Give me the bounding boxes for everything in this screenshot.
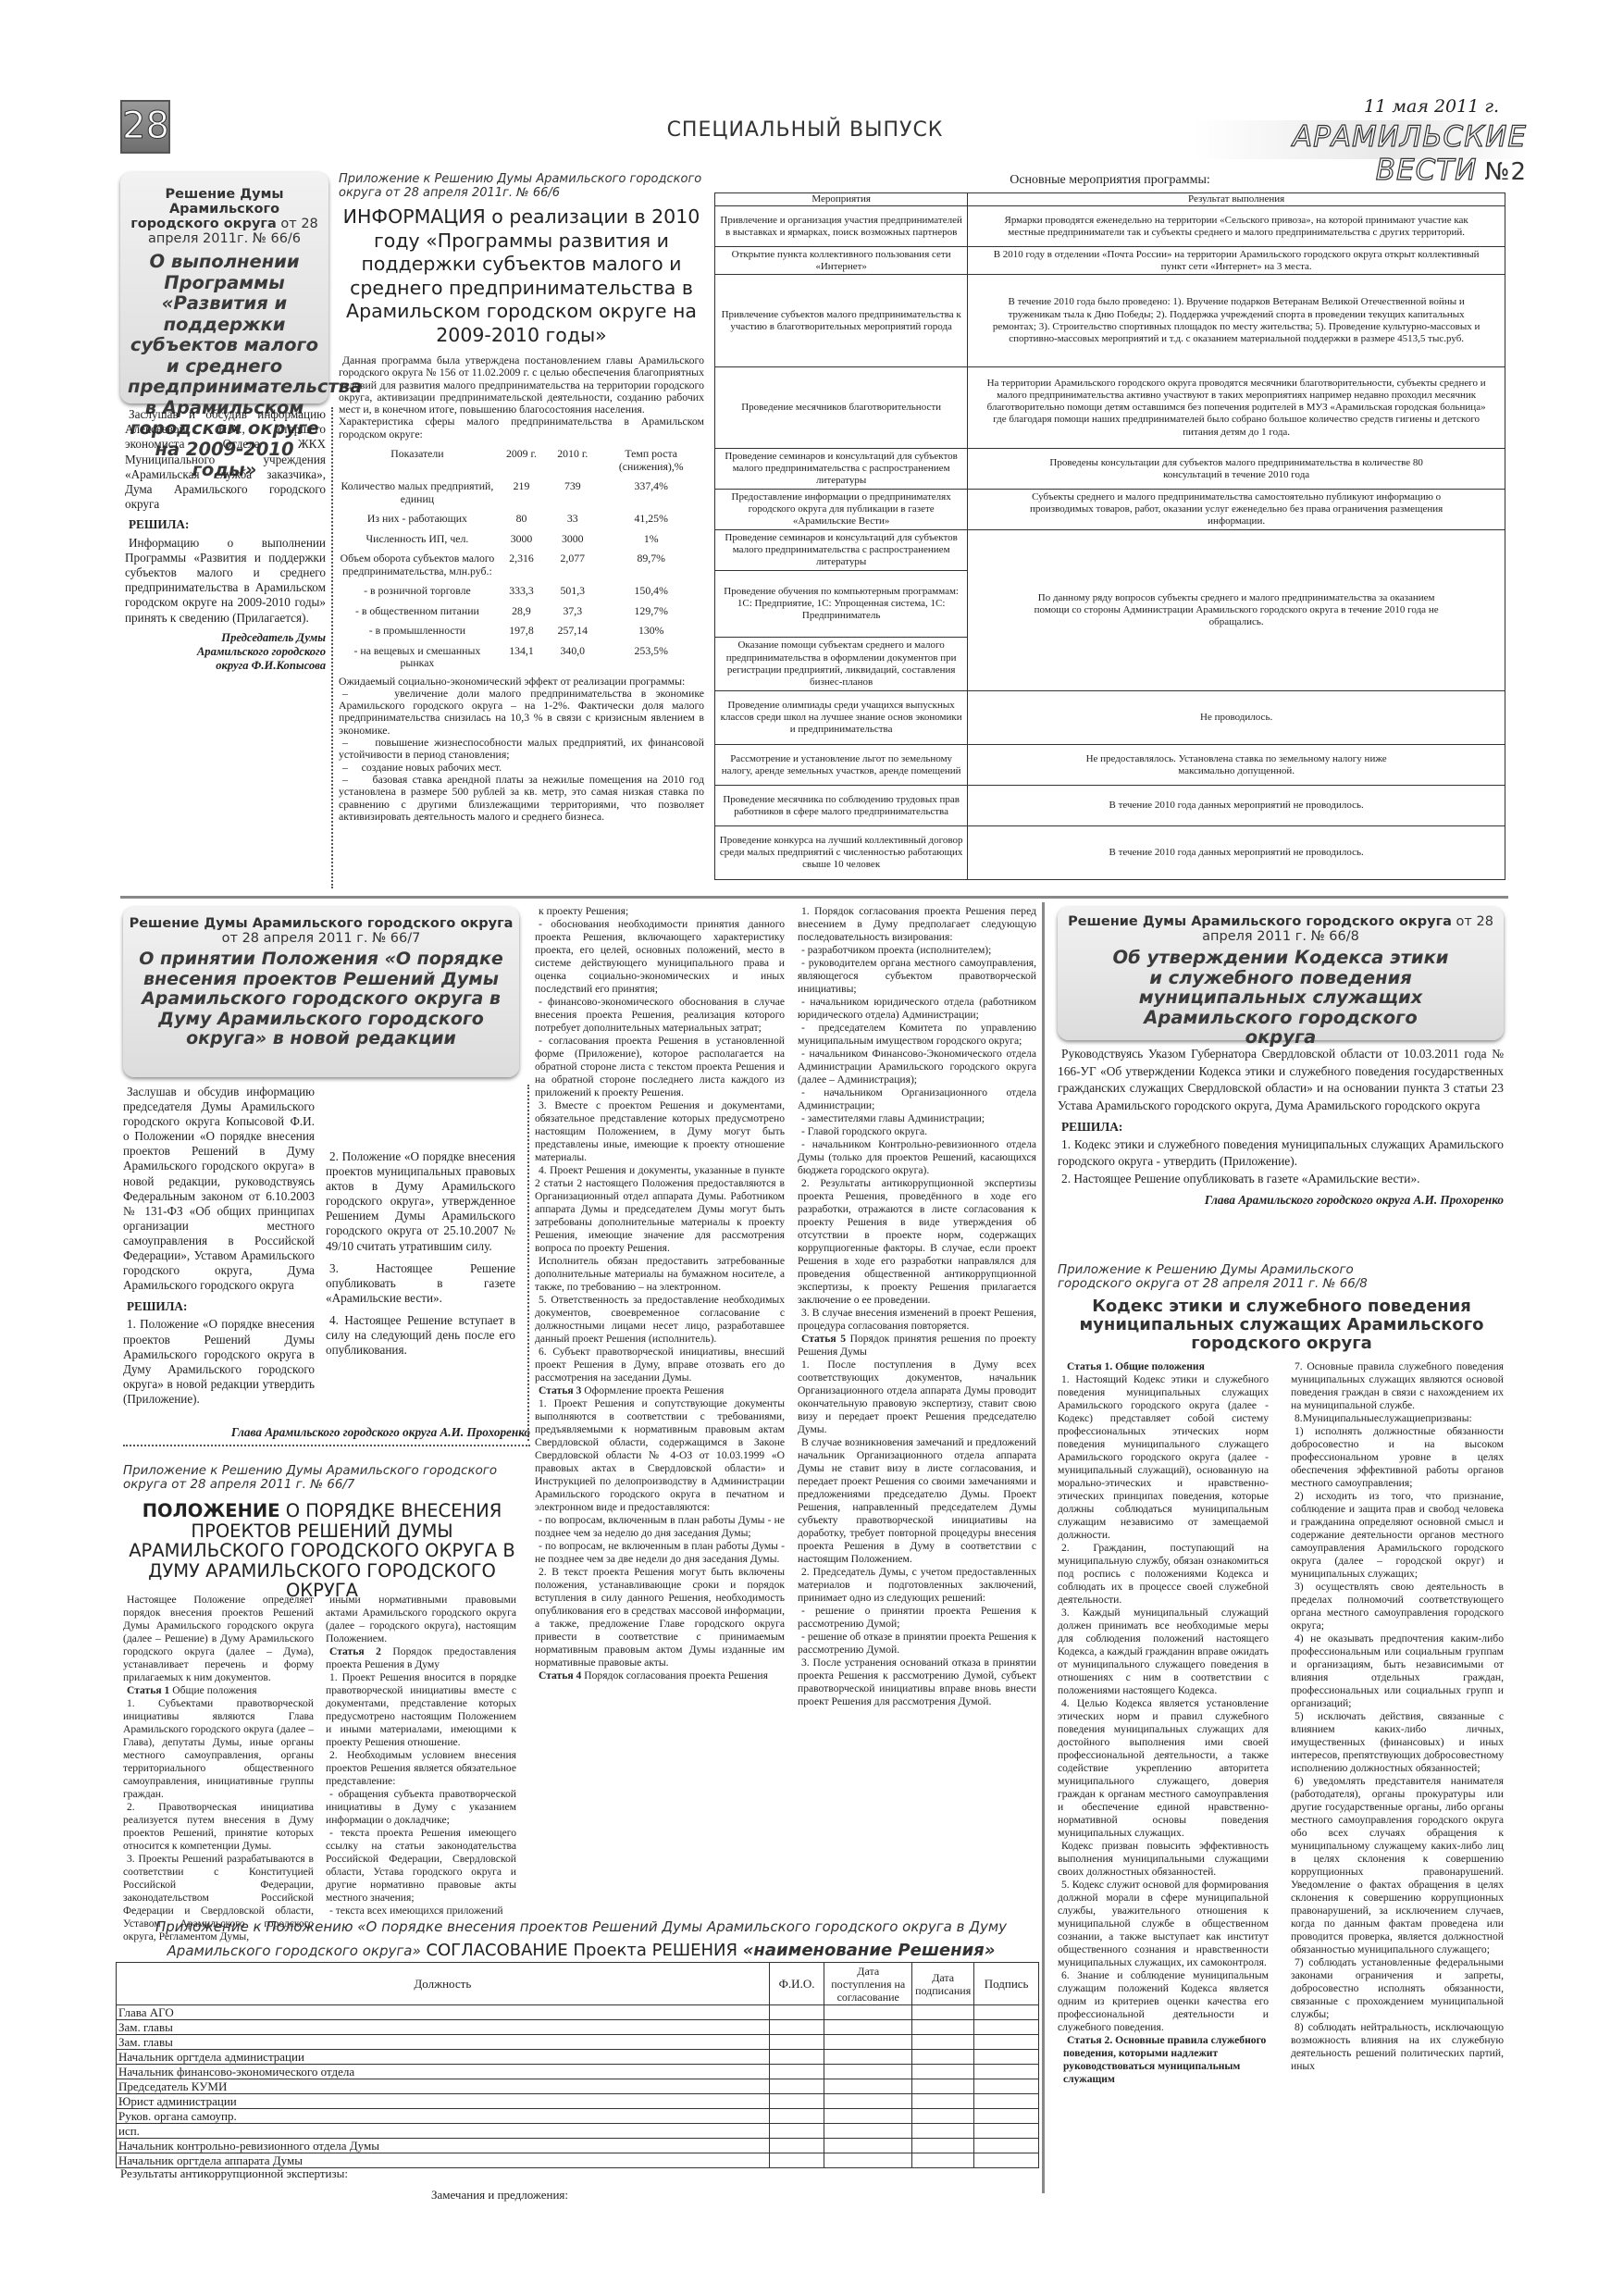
decision-66-8-resolved: РЕШИЛА: bbox=[1061, 1119, 1504, 1136]
stats-table: Показатели 2009 г. 2010 г. Темп роста (с… bbox=[339, 446, 704, 676]
page-number-badge: 28 bbox=[120, 100, 170, 154]
approval-cell[interactable] bbox=[974, 2079, 1039, 2094]
effects-intro: Ожидаемый социально-экономический эффект… bbox=[339, 676, 704, 688]
approval-row: Начальник финансово-экономического отдел… bbox=[117, 2065, 1039, 2079]
approval-cell[interactable] bbox=[824, 2153, 912, 2168]
approval-header-position: Должность bbox=[117, 1963, 770, 2005]
approval-header-name: Ф.И.О. bbox=[769, 1963, 824, 2005]
decision-66-6-resolution: Информацию о выполнении Программы «Разви… bbox=[125, 536, 326, 626]
approval-cell[interactable] bbox=[824, 2020, 912, 2035]
info-appendix-title: ИНФОРМАЦИЯ о реализации в 2010 году «Про… bbox=[339, 205, 704, 347]
approval-cell[interactable] bbox=[769, 2139, 824, 2153]
anticorruption-label: Результаты антикоррупционной экспертизы: bbox=[120, 2166, 348, 2181]
approval-cell[interactable] bbox=[974, 2109, 1039, 2124]
approval-row: Зам. главы bbox=[117, 2020, 1039, 2035]
approval-cell[interactable] bbox=[824, 2005, 912, 2020]
approval-cell[interactable] bbox=[974, 2094, 1039, 2109]
newspaper-masthead: АРАМИЛЬСКИЕ ВЕСТИ№2 bbox=[1194, 120, 1527, 159]
decision-66-6-body: Заслушав и обсудив информацию Алексеевой… bbox=[125, 407, 333, 888]
prog-row: Привлечение субъектов малого предпринима… bbox=[715, 275, 1505, 367]
approval-form-heading: Приложение к Положению «О порядке внесен… bbox=[123, 1916, 1039, 1963]
approval-cell[interactable] bbox=[769, 2124, 824, 2139]
issue-label: СПЕЦИАЛЬНЫЙ ВЫПУСК bbox=[574, 118, 1036, 142]
decision-66-7-col1: Заслушав и обсудив информацию председате… bbox=[123, 1085, 315, 1407]
decision-66-7-item-3: 3. Настоящее Решение опубликовать в газе… bbox=[326, 1261, 515, 1306]
stats-row: Объем оборота субъектов малого предприни… bbox=[339, 551, 704, 583]
decision-66-6-resolved: РЕШИЛА: bbox=[129, 517, 326, 532]
decision-66-8-box: Решение Думы Арамильского городского окр… bbox=[1058, 907, 1504, 1040]
approval-cell[interactable] bbox=[769, 2050, 824, 2065]
approval-cell[interactable] bbox=[912, 2020, 974, 2035]
stats-header-2009: 2009 г. bbox=[496, 446, 547, 478]
approval-cell[interactable] bbox=[974, 2139, 1039, 2153]
decision-66-6-box: Решение Думы Арамильского городского окр… bbox=[120, 172, 328, 403]
stats-header-indicator: Показатели bbox=[339, 446, 496, 478]
approval-cell[interactable] bbox=[912, 2065, 974, 2079]
stats-header-growth: Темп роста (снижения),% bbox=[598, 446, 704, 478]
prog-row: Открытие пункта коллективного пользовани… bbox=[715, 247, 1505, 275]
stats-row: - на вещевых и смешанных рынках134,1340,… bbox=[339, 643, 704, 676]
ethics-code-title: Кодекс этики и служебного поведения муни… bbox=[1073, 1297, 1490, 1353]
approval-cell[interactable] bbox=[769, 2153, 824, 2168]
approval-cell[interactable] bbox=[769, 2094, 824, 2109]
ethics-code-col1: Статья 1. Общие положения 1. Настоящий К… bbox=[1058, 1360, 1269, 2086]
approval-cell[interactable] bbox=[974, 2124, 1039, 2139]
decision-66-7-intro: Заслушав и обсудив информацию председате… bbox=[123, 1085, 315, 1293]
effects-text: Ожидаемый социально-экономический эффект… bbox=[339, 676, 704, 824]
decision-66-8-signature: Глава Арамильского городского округа А.И… bbox=[1058, 1193, 1504, 1207]
approval-cell[interactable] bbox=[769, 2005, 824, 2020]
approval-cell[interactable] bbox=[912, 2139, 974, 2153]
decision-66-7-item-1: 1. Положение «О порядке внесения проекто… bbox=[123, 1317, 315, 1407]
approval-cell[interactable] bbox=[824, 2109, 912, 2124]
stats-row: - в промышленности197,8257,14130% bbox=[339, 623, 704, 643]
approval-cell[interactable] bbox=[912, 2109, 974, 2124]
approval-row: Председатель КУМИ bbox=[117, 2079, 1039, 2094]
approval-cell[interactable] bbox=[912, 2050, 974, 2065]
decision-66-7-title: О принятии Положения «О порядке внесения… bbox=[129, 949, 514, 1049]
program-events-caption: Основные мероприятия программы: bbox=[714, 172, 1505, 189]
decision-66-8-intro: Руководствуясь Указом Губернатора Свердл… bbox=[1058, 1046, 1504, 1114]
prog-row: Проведение семинаров и консультаций для … bbox=[715, 530, 1505, 571]
decision-66-7-col2: 2. Положение «О порядке внесения проекто… bbox=[326, 1085, 515, 1358]
approval-row: исп. bbox=[117, 2124, 1039, 2139]
stats-row: - в общественном питании28,937,3129,7% bbox=[339, 603, 704, 624]
stats-row: Из них - работающих803341,25% bbox=[339, 511, 704, 531]
effect-item: – создание новых рабочих мест. bbox=[339, 762, 704, 774]
decision-66-8-header: Решение Думы Арамильского городского окр… bbox=[1063, 914, 1498, 944]
prog-row: Проведение семинаров и консультаций для … bbox=[715, 449, 1505, 490]
approval-cell[interactable] bbox=[769, 2035, 824, 2050]
approval-cell[interactable] bbox=[912, 2079, 974, 2094]
decision-66-7-header: Решение Думы Арамильского городского окр… bbox=[129, 916, 514, 946]
program-events-table: Мероприятия Результат выполнения Привлеч… bbox=[714, 192, 1505, 880]
approval-cell[interactable] bbox=[974, 2035, 1039, 2050]
prog-header-event: Мероприятия bbox=[715, 193, 968, 206]
remarks-label: Замечания и предложения: bbox=[315, 2188, 685, 2203]
approval-header-received: Дата поступления на согласование bbox=[824, 1963, 912, 2005]
approval-header-signed-date: Дата подписания bbox=[912, 1963, 974, 2005]
approval-header-signature: Подпись bbox=[974, 1963, 1039, 2005]
stats-header-2010: 2010 г. bbox=[547, 446, 598, 478]
approval-cell[interactable] bbox=[769, 2065, 824, 2079]
decision-66-8-item-2: 2. Настоящее Решение опубликовать в газе… bbox=[1058, 1171, 1504, 1188]
regulation-col3: к проекту Решения; - обоснования необход… bbox=[535, 905, 785, 1682]
approval-row: Начальник оргтдела администрации bbox=[117, 2050, 1039, 2065]
regulation-col1: Настоящее Положение определяет порядок в… bbox=[123, 1594, 314, 1943]
approval-row: Юрист администрации bbox=[117, 2094, 1039, 2109]
approval-cell[interactable] bbox=[824, 2035, 912, 2050]
prog-row: Проведение конкурса на лучший коллективн… bbox=[715, 826, 1505, 880]
prog-row: Привлечение и организация участия предпр… bbox=[715, 206, 1505, 247]
decision-66-7-resolved: РЕШИЛА: bbox=[127, 1299, 315, 1314]
prog-row: Рассмотрение и установление льгот по зем… bbox=[715, 745, 1505, 786]
approval-cell[interactable] bbox=[912, 2124, 974, 2139]
regulation-caption: Приложение к Решению Думы Арамильского г… bbox=[123, 1464, 521, 1492]
approval-cell[interactable] bbox=[824, 2094, 912, 2109]
column-divider bbox=[1042, 902, 1045, 2193]
approval-row: Зам. главы bbox=[117, 2035, 1039, 2050]
decision-66-6-header: Решение Думы Арамильского городского окр… bbox=[128, 187, 321, 246]
approval-cell[interactable] bbox=[912, 2153, 974, 2168]
stats-row: Количество малых предприятий, единиц2197… bbox=[339, 478, 704, 511]
issue-date: 11 мая 2011 г. bbox=[1277, 96, 1499, 117]
approval-cell[interactable] bbox=[824, 2079, 912, 2094]
approval-cell[interactable] bbox=[824, 2124, 912, 2139]
program-events: Основные мероприятия программы: Мероприя… bbox=[714, 172, 1505, 880]
info-intro: Данная программа была утверждена постано… bbox=[339, 354, 704, 416]
decision-66-7-box: Решение Думы Арамильского городского окр… bbox=[123, 907, 519, 1077]
approval-row: Руков. органа самоупр. bbox=[117, 2109, 1039, 2124]
ethics-code-col2: 7. Основные правила служебного поведения… bbox=[1291, 1360, 1504, 2073]
stats-intro: Характеристика сферы малого предпринимат… bbox=[339, 416, 704, 441]
decision-66-6-signature: Председатель Думы Арамильского городског… bbox=[125, 631, 326, 673]
approval-cell[interactable] bbox=[912, 2035, 974, 2050]
effect-item: – увеличение доли малого предприниматель… bbox=[339, 688, 704, 737]
effect-item: – базовая ставка арендной платы за нежил… bbox=[339, 774, 704, 823]
section-divider bbox=[120, 896, 1508, 899]
decision-66-7-item-2: 2. Положение «О порядке внесения проекто… bbox=[326, 1149, 515, 1254]
approval-cell[interactable] bbox=[824, 2050, 912, 2065]
regulation-col4: 1. Порядок согласования проекта Решения … bbox=[798, 905, 1036, 1708]
prog-header-result: Результат выполнения bbox=[968, 193, 1505, 206]
info-appendix-caption: Приложение к Решению Думы Арамильского г… bbox=[339, 172, 704, 200]
approval-cell[interactable] bbox=[769, 2079, 824, 2094]
stats-row: Численность ИП, чел.300030001% bbox=[339, 531, 704, 552]
regulation-title: ПОЛОЖЕНИЕ О ПОРЯДКЕ ВНЕСЕНИЯ ПРОЕКТОВ РЕ… bbox=[123, 1501, 521, 1601]
approval-cell[interactable] bbox=[824, 2139, 912, 2153]
approval-cell[interactable] bbox=[912, 2094, 974, 2109]
decision-66-7-dotted-rule bbox=[527, 1085, 529, 1441]
prog-row: Проведение месячников благотворительност… bbox=[715, 367, 1505, 449]
approval-form-title: СОГЛАСОВАНИЕ Проекта РЕШЕНИЯ bbox=[421, 1941, 743, 1960]
approval-cell[interactable] bbox=[974, 2050, 1039, 2065]
approval-cell[interactable] bbox=[974, 2065, 1039, 2079]
approval-cell[interactable] bbox=[824, 2065, 912, 2079]
decision-66-6-intro: Заслушав и обсудив информацию Алексеевой… bbox=[125, 407, 326, 512]
approval-cell[interactable] bbox=[912, 2005, 974, 2020]
prog-row: Предоставление информации о предпринимат… bbox=[715, 490, 1505, 530]
ethics-art2-heading: Статья 2. Основные правила служебного по… bbox=[1058, 2034, 1269, 2086]
decision-66-7-item-4: 4. Настоящее Решение вступает в силу на … bbox=[326, 1313, 515, 1358]
approval-cell[interactable] bbox=[974, 2005, 1039, 2020]
decision-66-7-signature: Глава Арамильского городского округа А.И… bbox=[123, 1425, 530, 1446]
approval-cell[interactable] bbox=[769, 2020, 824, 2035]
approval-row: Глава АГО bbox=[117, 2005, 1039, 2020]
approval-cell[interactable] bbox=[974, 2020, 1039, 2035]
prog-row: Проведение олимпиады среди учащихся выпу… bbox=[715, 691, 1505, 745]
decision-66-8-title: Об утверждении Кодекса этики и служебног… bbox=[1063, 948, 1498, 1048]
approval-cell[interactable] bbox=[974, 2153, 1039, 2168]
approval-row: Начальник контрольно-ревизионного отдела… bbox=[117, 2139, 1039, 2153]
ethics-art1-heading: Статья 1. Общие положения bbox=[1058, 1360, 1269, 1373]
regulation-col2: иными нормативными правовыми актами Арам… bbox=[326, 1594, 516, 1917]
approval-table-wrap: Должность Ф.И.О. Дата поступления на сог… bbox=[116, 1962, 1039, 2168]
prog-row: Проведение месячника по соблюдению трудо… bbox=[715, 786, 1505, 826]
decision-66-8-body: Руководствуясь Указом Губернатора Свердл… bbox=[1058, 1046, 1504, 1207]
approval-cell[interactable] bbox=[769, 2109, 824, 2124]
effect-item: – повышение жизнеспособности малых предп… bbox=[339, 737, 704, 762]
info-appendix-text: Данная программа была утверждена постано… bbox=[339, 354, 704, 441]
approval-table: Должность Ф.И.О. Дата поступления на сог… bbox=[116, 1962, 1039, 2168]
ethics-code-caption: Приложение к Решению Думы Арамильского г… bbox=[1058, 1263, 1428, 1291]
approval-form-title-name: «наименование Решения» bbox=[743, 1941, 996, 1960]
stats-row: - в розничной торговле333,3501,3150,4% bbox=[339, 583, 704, 603]
decision-66-8-item-1: 1. Кодекс этики и служебного поведения м… bbox=[1058, 1136, 1504, 1171]
info-appendix: Приложение к Решению Думы Арамильского г… bbox=[339, 172, 704, 823]
